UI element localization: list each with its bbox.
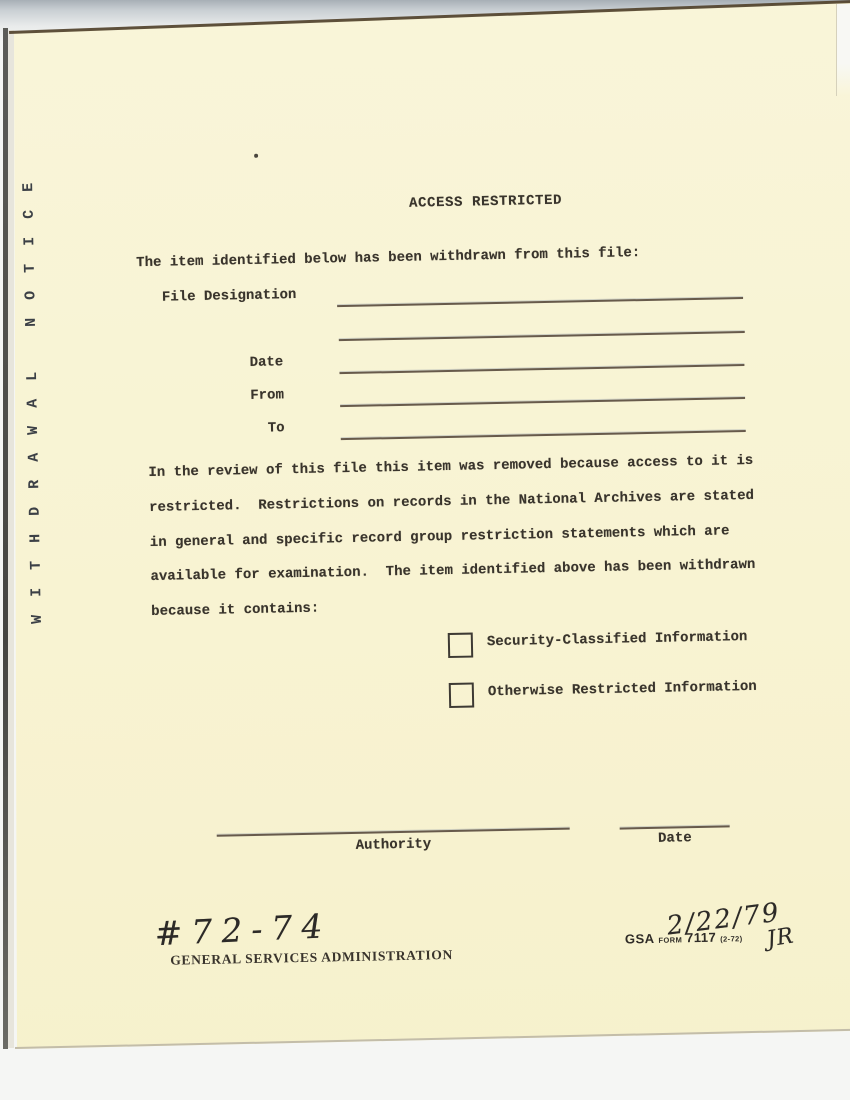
- file-designation-line-2: [339, 331, 745, 341]
- date-field-line: [339, 364, 744, 374]
- intro-text: The item identified below has been withd…: [136, 245, 640, 271]
- form-title: ACCESS RESTRICTED: [409, 193, 562, 212]
- form-edition: (2-72): [720, 934, 743, 943]
- scanned-document-page: W I T H D R A W A L N O T I C E ACCESS R…: [0, 0, 850, 1100]
- handwritten-initials: JR: [765, 923, 796, 952]
- ink-speck: [254, 154, 258, 158]
- withdrawal-notice-vertical-label: W I T H D R A W A L N O T I C E: [23, 324, 46, 624]
- from-field-label: From: [216, 387, 284, 404]
- handwritten-item-number: #72-74: [154, 906, 332, 953]
- authority-label: Authority: [217, 834, 570, 857]
- otherwise-restricted-label: Otherwise Restricted Information: [488, 679, 757, 700]
- date-field-label: Date: [215, 354, 283, 371]
- file-designation-line-1: [337, 297, 743, 307]
- from-field-line: [340, 397, 745, 407]
- signature-date-label: Date: [620, 829, 730, 847]
- to-field-line: [341, 430, 746, 440]
- gsa-form-footer: GSA FORM 7117 (2-72): [625, 928, 743, 946]
- printed-form-content: W I T H D R A W A L N O T I C E ACCESS R…: [0, 0, 850, 1100]
- form-word: FORM: [658, 935, 682, 944]
- to-field-label: To: [216, 420, 284, 437]
- gsa-logo-text: GSA: [625, 931, 655, 947]
- restriction-paragraph: In the review of this file this item was…: [148, 444, 756, 630]
- security-classified-label: Security-Classified Information: [487, 629, 748, 650]
- form-number: 7117: [686, 930, 716, 946]
- security-classified-checkbox: [448, 633, 473, 658]
- file-designation-label: File Designation: [162, 287, 297, 306]
- otherwise-restricted-checkbox: [449, 683, 474, 708]
